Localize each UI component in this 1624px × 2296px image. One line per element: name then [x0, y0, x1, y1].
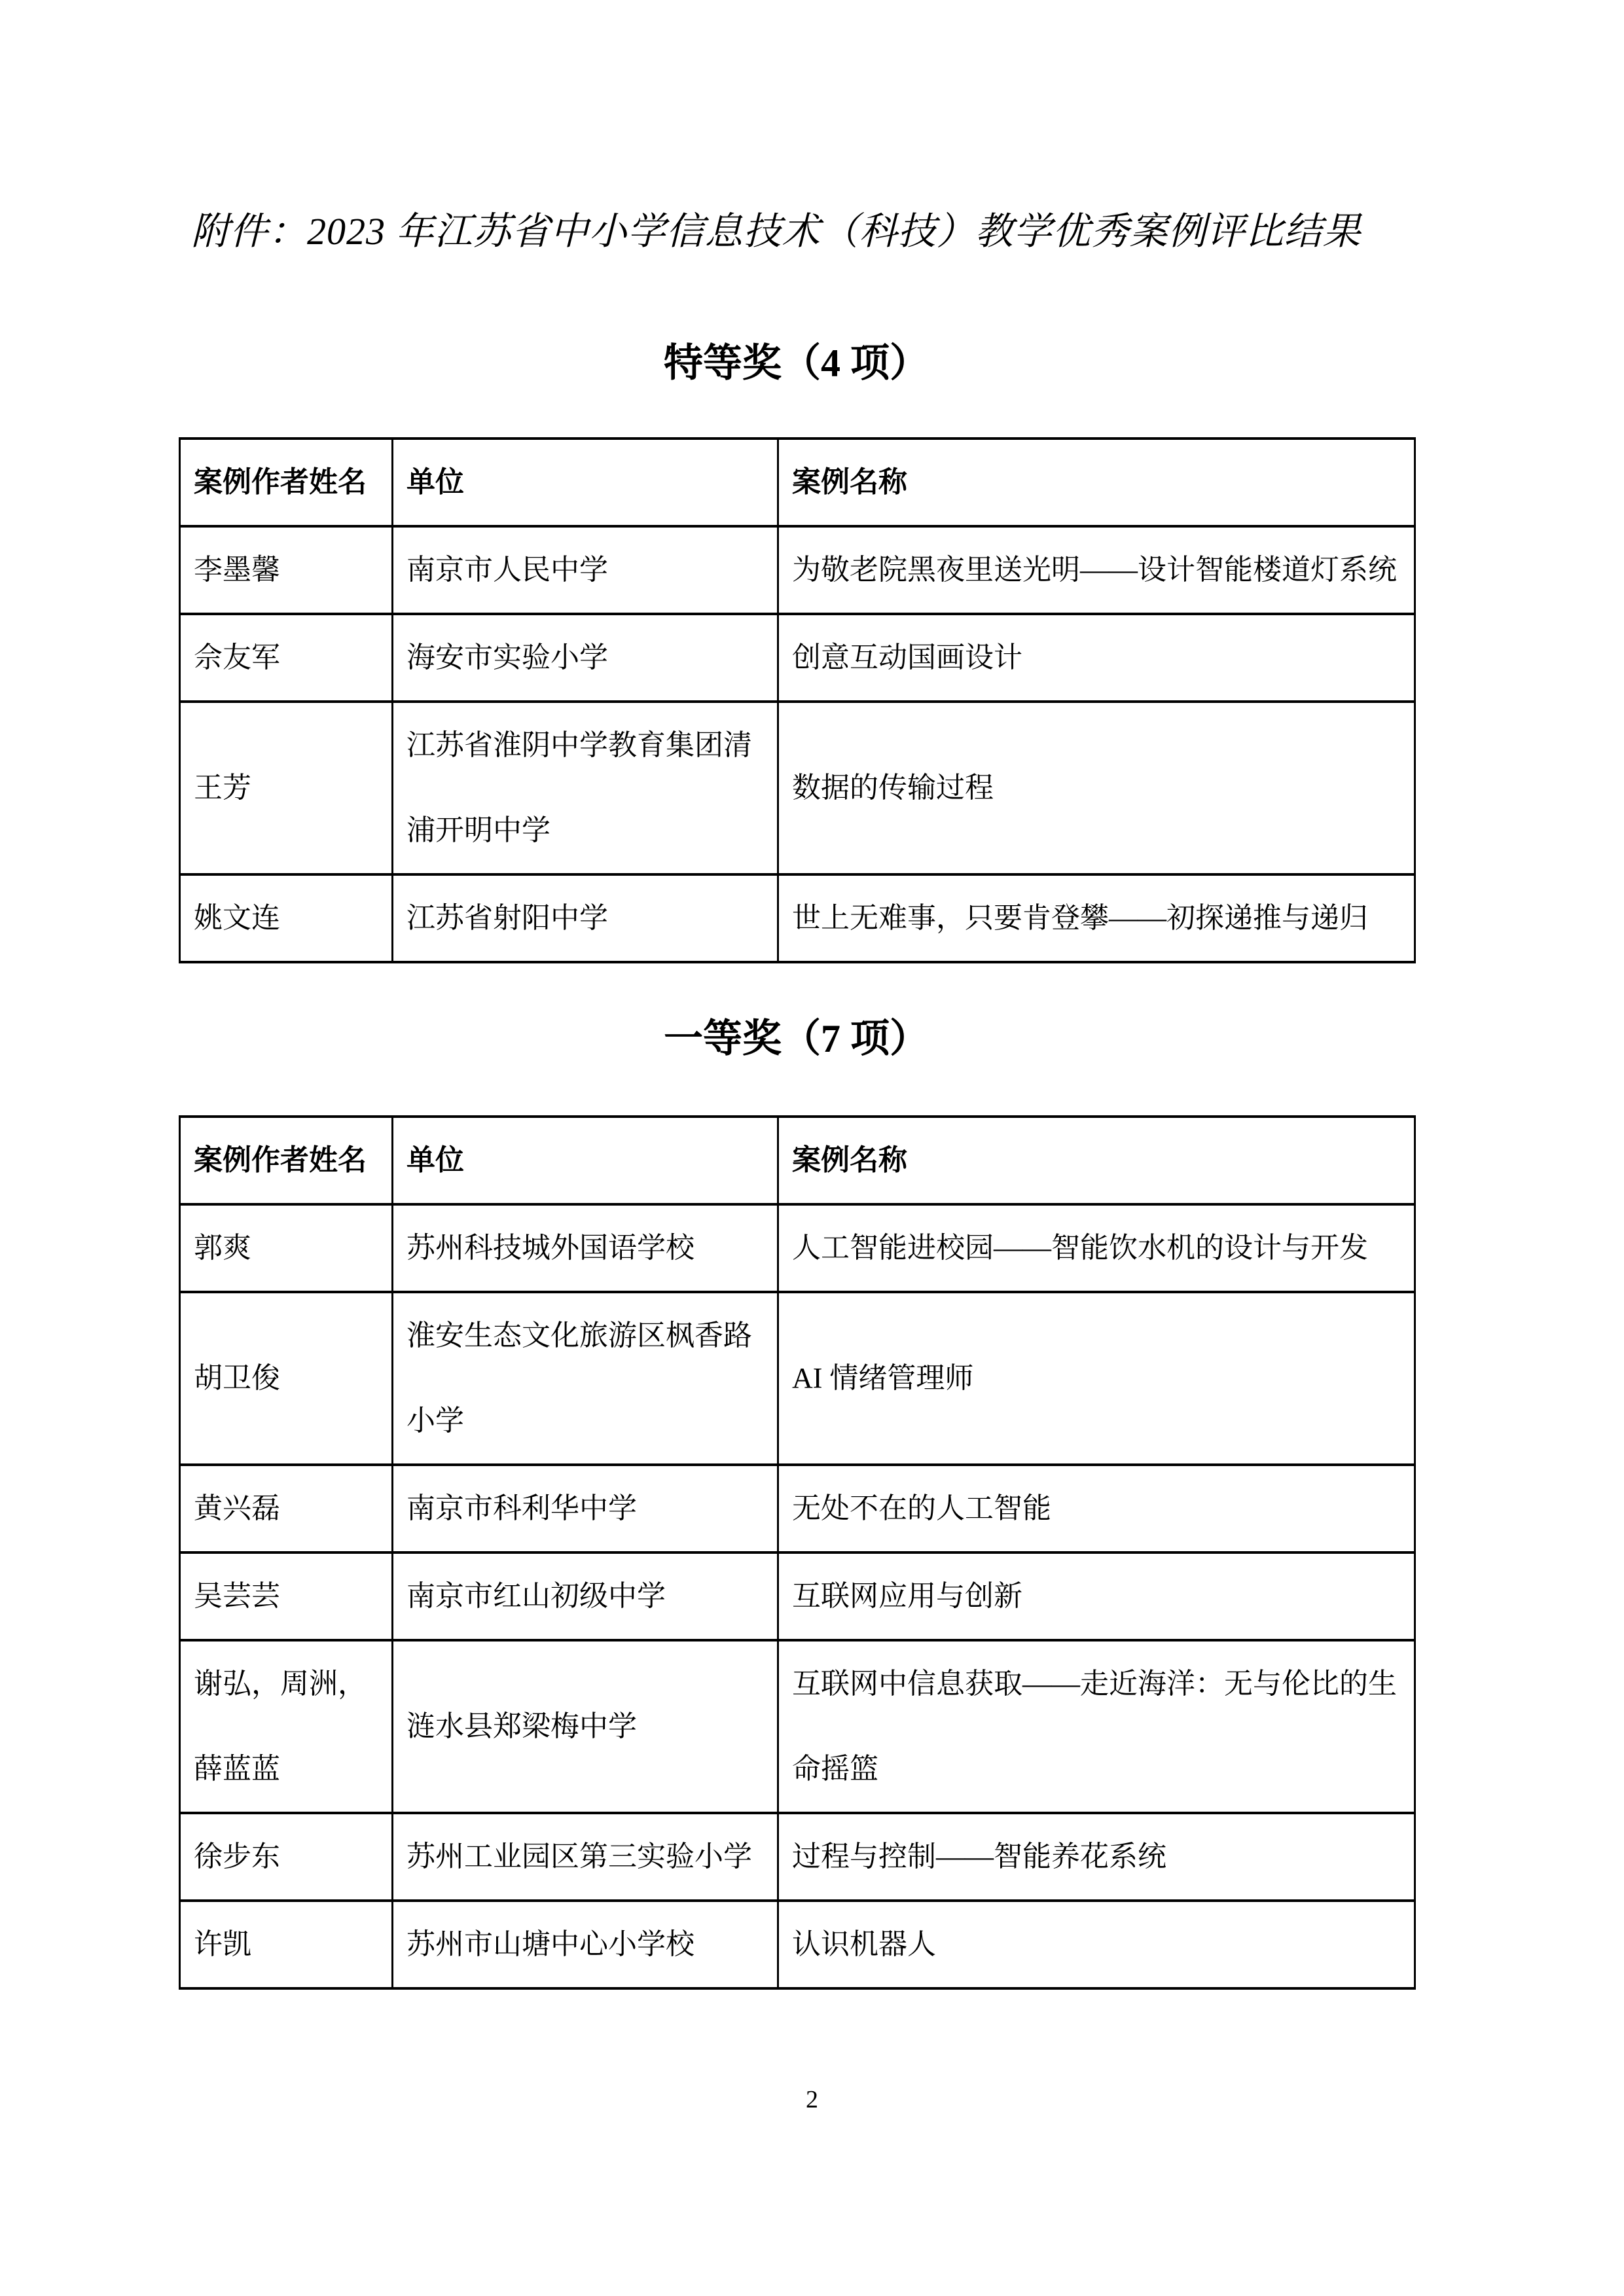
cell-case: 认识机器人 — [778, 1901, 1415, 1988]
cell-case: 互联网应用与创新 — [778, 1552, 1415, 1640]
table-row: 黄兴磊南京市科利华中学无处不在的人工智能 — [180, 1465, 1415, 1552]
cell-case: 创意互动国画设计 — [778, 614, 1415, 702]
cell-unit: 苏州市山塘中心小学校 — [393, 1901, 778, 1988]
column-header-unit: 单位 — [393, 439, 778, 526]
cell-author: 姚文连 — [180, 874, 393, 962]
table-row: 郭爽苏州科技城外国语学校人工智能进校园——智能饮水机的设计与开发 — [180, 1204, 1415, 1292]
table-row: 吴芸芸南京市红山初级中学互联网应用与创新 — [180, 1552, 1415, 1640]
cell-case: 过程与控制——智能养花系统 — [778, 1813, 1415, 1901]
cell-author: 郭爽 — [180, 1204, 393, 1292]
cell-unit: 苏州工业园区第三实验小学 — [393, 1813, 778, 1901]
table-row: 李墨馨南京市人民中学为敬老院黑夜里送光明——设计智能楼道灯系统 — [180, 526, 1415, 614]
table-row: 王芳江苏省淮阴中学教育集团清 浦开明中学数据的传输过程 — [180, 702, 1415, 874]
cell-author: 王芳 — [180, 702, 393, 874]
cell-author: 徐步东 — [180, 1813, 393, 1901]
cell-author: 许凯 — [180, 1901, 393, 1988]
cell-author: 佘友军 — [180, 614, 393, 702]
document-title: 附件：2023 年江苏省中小学信息技术（科技）教学优秀案例评比结果 — [191, 208, 1414, 255]
column-header-case: 案例名称 — [778, 439, 1415, 526]
cell-case: 无处不在的人工智能 — [778, 1465, 1415, 1552]
special-prize-table: 案例作者姓名 单位 案例名称 李墨馨南京市人民中学为敬老院黑夜里送光明——设计智… — [179, 437, 1416, 963]
cell-case: 为敬老院黑夜里送光明——设计智能楼道灯系统 — [778, 526, 1415, 614]
cell-author: 胡卫俊 — [180, 1292, 393, 1465]
table-header-row: 案例作者姓名 单位 案例名称 — [180, 1117, 1415, 1204]
cell-author: 吴芸芸 — [180, 1552, 393, 1640]
cell-unit: 南京市科利华中学 — [393, 1465, 778, 1552]
cell-unit: 南京市红山初级中学 — [393, 1552, 778, 1640]
table-row: 谢弘，周洲， 薛蓝蓝涟水县郑梁梅中学互联网中信息获取——走近海洋：无与伦比的生 … — [180, 1640, 1415, 1813]
cell-author: 李墨馨 — [180, 526, 393, 614]
column-header-author: 案例作者姓名 — [180, 439, 393, 526]
column-header-case: 案例名称 — [778, 1117, 1415, 1204]
table-row: 许凯苏州市山塘中心小学校认识机器人 — [180, 1901, 1415, 1988]
column-header-author: 案例作者姓名 — [180, 1117, 393, 1204]
cell-author: 黄兴磊 — [180, 1465, 393, 1552]
table-row: 佘友军海安市实验小学创意互动国画设计 — [180, 614, 1415, 702]
cell-case: 世上无难事，只要肯登攀——初探递推与递归 — [778, 874, 1415, 962]
cell-unit: 苏州科技城外国语学校 — [393, 1204, 778, 1292]
cell-case: 互联网中信息获取——走近海洋：无与伦比的生 命摇篮 — [778, 1640, 1415, 1813]
cell-case: 数据的传输过程 — [778, 702, 1415, 874]
cell-unit: 江苏省淮阴中学教育集团清 浦开明中学 — [393, 702, 778, 874]
cell-case: AI 情绪管理师 — [778, 1292, 1415, 1465]
table-header-row: 案例作者姓名 单位 案例名称 — [180, 439, 1415, 526]
first-prize-heading: 一等奖（7 项） — [179, 1014, 1414, 1063]
table-row: 胡卫俊淮安生态文化旅游区枫香路 小学AI 情绪管理师 — [180, 1292, 1415, 1465]
table-row: 徐步东苏州工业园区第三实验小学过程与控制——智能养花系统 — [180, 1813, 1415, 1901]
page-number: 2 — [0, 2085, 1624, 2115]
cell-unit: 淮安生态文化旅游区枫香路 小学 — [393, 1292, 778, 1465]
cell-unit: 涟水县郑梁梅中学 — [393, 1640, 778, 1813]
cell-case: 人工智能进校园——智能饮水机的设计与开发 — [778, 1204, 1415, 1292]
cell-unit: 海安市实验小学 — [393, 614, 778, 702]
cell-author: 谢弘，周洲， 薛蓝蓝 — [180, 1640, 393, 1813]
column-header-unit: 单位 — [393, 1117, 778, 1204]
table-row: 姚文连江苏省射阳中学世上无难事，只要肯登攀——初探递推与递归 — [180, 874, 1415, 962]
cell-unit: 江苏省射阳中学 — [393, 874, 778, 962]
document-content: 附件：2023 年江苏省中小学信息技术（科技）教学优秀案例评比结果 特等奖（4 … — [179, 0, 1414, 1990]
first-prize-table: 案例作者姓名 单位 案例名称 郭爽苏州科技城外国语学校人工智能进校园——智能饮水… — [179, 1115, 1416, 1990]
special-prize-heading: 特等奖（4 项） — [179, 339, 1414, 387]
document-page: 附件：2023 年江苏省中小学信息技术（科技）教学优秀案例评比结果 特等奖（4 … — [0, 0, 1624, 2296]
cell-unit: 南京市人民中学 — [393, 526, 778, 614]
